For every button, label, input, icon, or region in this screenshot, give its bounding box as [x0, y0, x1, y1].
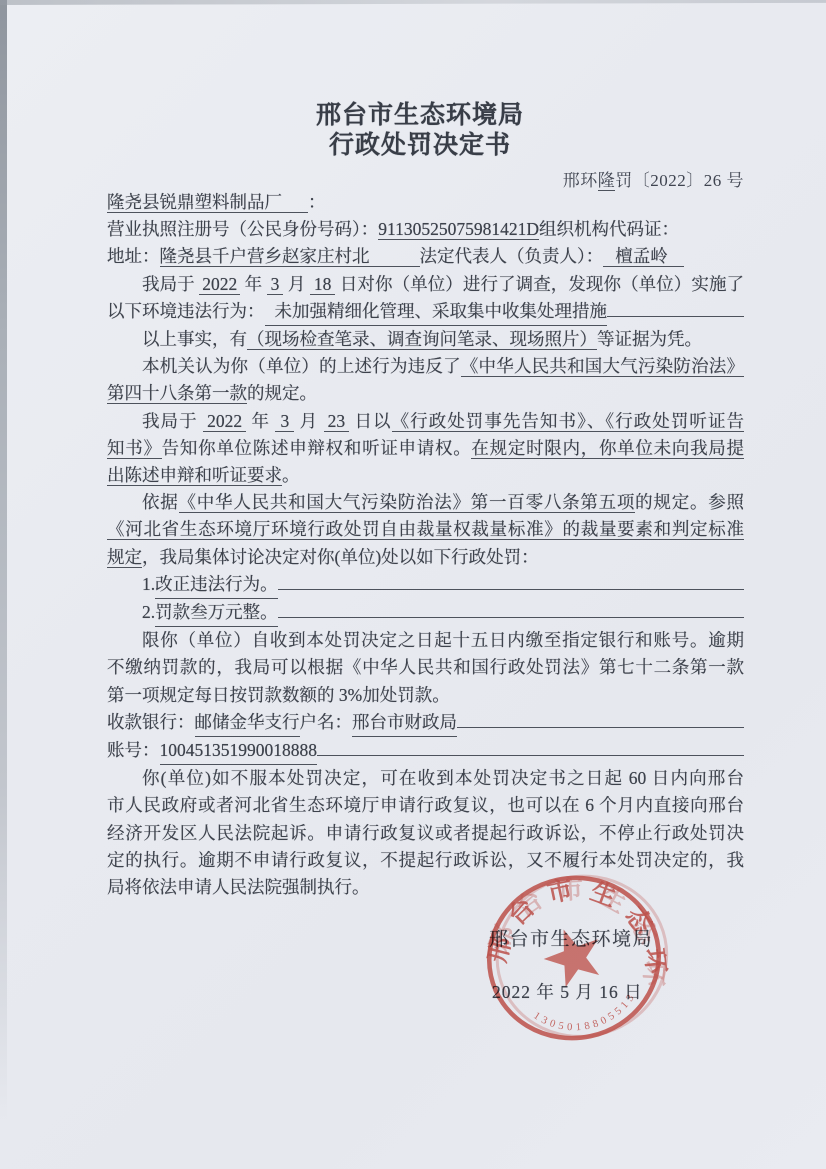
text-segment: 不缴纳罚款的，我局可以根据《中华人民共和国行政处罚法》第七十二条第一款: [107, 657, 744, 677]
doc-number-pre: 邢环: [563, 171, 598, 190]
scan-edge-left: [0, 0, 7, 1120]
underlined-text-segment: 在规定时限内，你单位未向我局提: [471, 438, 744, 459]
text-segment: 以上事实，有: [142, 329, 247, 349]
underlined-text-segment: 《中华人民共和国大气污染防治法》第一百零八条第五项: [179, 492, 636, 513]
underlined-text-segment: 檀孟岭: [603, 246, 684, 267]
text-segment: 户名：: [300, 709, 353, 736]
text-segment: 第一项规定每日按罚款数额的 3%加处罚款。: [107, 685, 450, 705]
text-segment: 法定代表人（负责人）：: [420, 246, 604, 266]
title-line-2: 行政处罚决定书: [0, 131, 826, 161]
underlined-text-segment: 2022: [199, 274, 240, 295]
document-line: 隆尧县锐鼎塑料制品厂：: [107, 189, 744, 216]
document-line: 地址：隆尧县千户营乡赵家庄村北法定代表人（负责人）：檀孟岭: [107, 243, 744, 270]
text-segment: 经济开发区人民法院起诉。申请行政复议或者提起行政诉讼，不停止行政处罚决: [107, 823, 744, 843]
document-line: 限你（单位）自收到本处罚决定之日起十五日内缴至指定银行和账号。逾期: [107, 627, 744, 654]
text-segment: 。: [282, 465, 300, 485]
document-line: 我局于 2022 年 3 月 18 日对你（单位）进行了调查，发现你（单位）实施…: [107, 271, 744, 298]
text-segment: 的规定。参照: [635, 492, 744, 512]
underlined-text-segment: 邮储金华支行: [195, 709, 300, 737]
text-segment: 我局于: [142, 274, 199, 294]
document-line: 经济开发区人民法院起诉。申请行政复议或者提起行政诉讼，不停止行政处罚决: [107, 820, 744, 847]
text-segment: 账号：: [107, 737, 160, 764]
document-line: 第一项规定每日按罚款数额的 3%加处罚款。: [107, 682, 744, 709]
underlined-text-segment: 《中华人民共和国大气污染防治法》: [461, 356, 744, 377]
text-segment: ：: [308, 192, 326, 212]
text-segment: 你(单位)如不服本处罚决定，可在收到本处罚决定书之日起 60 日内向邢台: [142, 768, 744, 788]
document-line: 以下环境违法行为：未加强精细化管理、采取集中收集处理措施: [107, 298, 744, 326]
text-segment: 等证据为凭。: [597, 329, 702, 349]
underlined-text-segment: 未加强精细化管理、采取集中收集处理措施: [265, 298, 608, 326]
underlined-text-segment: 《河北省生态环境厅环境行政处罚自由裁量权裁量标准》的裁量要素和判定标准: [107, 519, 744, 540]
underlined-text-segment: 第四十八条第一款: [107, 383, 247, 404]
text-segment: 收款银行：: [107, 709, 195, 736]
document-line: 2.罚款叁万元整。: [107, 599, 744, 627]
underlined-text-segment: 100451351990018888: [160, 737, 318, 765]
document-paper: 邢台市生态环境局 行政处罚决定书 邢环隆罚〔2022〕26 号 隆尧县锐鼎塑料制…: [0, 0, 826, 1169]
underlined-text-segment: 《行政处罚事先告知书》、《行政处罚听证告: [392, 411, 744, 432]
document-line: 出陈述申辩和听证要求。: [107, 462, 744, 489]
document-line: 账号：100451351990018888: [107, 737, 744, 765]
underlined-text-segment: （现场检查笔录、调查询问笔录、现场照片）: [247, 329, 597, 350]
underlined-text-segment: 91130525075981421D: [378, 219, 539, 240]
text-segment: 我局于: [142, 411, 203, 431]
text-segment: 本机关认为你（单位）的上述行为违反了: [142, 356, 461, 376]
blank-underline: [278, 617, 744, 618]
document-line: 收款银行：邮储金华支行户名：邢台市财政局: [107, 709, 744, 737]
text-segment: 营业执照注册号（公民身份号码）：: [107, 219, 378, 239]
text-segment: 限你（单位）自收到本处罚决定之日起十五日内缴至指定银行和账号。逾期: [142, 630, 744, 650]
document-number: 邢环隆罚〔2022〕26 号: [563, 166, 744, 191]
text-segment: 年: [246, 411, 275, 431]
underlined-text-segment: 知书》: [107, 438, 162, 459]
document-line: 市人民政府或者河北省生态环境厅申请行政复议，也可以在 6 个月内直接向邢台: [107, 792, 744, 819]
document-line: 本机关认为你（单位）的上述行为违反了《中华人民共和国大气污染防治法》: [107, 353, 744, 380]
document-line: 第四十八条第一款的规定。: [107, 380, 744, 407]
document-line: 你(单位)如不服本处罚决定，可在收到本处罚决定书之日起 60 日内向邢台: [107, 765, 744, 792]
blank-underline: [278, 589, 744, 590]
seal-star-icon: [537, 920, 610, 991]
document-line: 以上事实，有（现场检查笔录、调查询问笔录、现场照片）等证据为凭。: [107, 326, 744, 353]
underlined-text-segment: 3: [267, 274, 284, 295]
text-segment: 1.: [142, 571, 155, 598]
blank-underline: [457, 727, 744, 728]
text-segment: 的规定。: [247, 383, 317, 403]
underlined-text-segment: 2022: [203, 411, 246, 432]
underlined-text-segment: 出陈述申辩和听证要求: [107, 465, 282, 486]
text-segment: 市人民政府或者河北省生态环境厅申请行政复议，也可以在 6 个月内直接向邢台: [107, 795, 744, 815]
title-line-1: 邢台市生态环境局: [0, 101, 826, 131]
underlined-text-segment: 隆尧县锐鼎塑料制品厂: [107, 192, 308, 213]
official-seal: 邢台市生态环境局 邢台市生态环境局 1305018805513: [476, 869, 672, 1047]
underlined-text-segment: 改正违法行为。: [155, 571, 278, 599]
text-segment: 日对你（单位）进行了调查，发现你（单位）实施了: [335, 274, 744, 294]
document-line: 知书》告知你单位陈述申辩权和听证申请权。在规定时限内，你单位未向我局提: [107, 435, 744, 462]
underlined-text-segment: 23: [324, 411, 350, 432]
underlined-text-segment: 规定: [107, 547, 142, 568]
text-segment: 地址：: [107, 246, 160, 266]
text-segment: 告知你单位陈述申辩权和听证申请权。: [162, 438, 472, 458]
text-segment: ，我局集体讨论决定对你(单位)处以如下行政处罚：: [142, 547, 539, 567]
document-line: 不缴纳罚款的，我局可以根据《中华人民共和国行政处罚法》第七十二条第一款: [107, 654, 744, 681]
document-line: 依据《中华人民共和国大气污染防治法》第一百零八条第五项的规定。参照: [107, 489, 744, 516]
document-line: 营业执照注册号（公民身份号码）：91130525075981421D组织机构代码…: [107, 216, 744, 243]
text-segment: 依据: [142, 492, 179, 512]
document-line: 我局于 2022 年 3 月 23 日以《行政处罚事先告知书》、《行政处罚听证告: [107, 408, 744, 435]
text-segment: 月: [283, 274, 309, 294]
document-line: 规定，我局集体讨论决定对你(单位)处以如下行政处罚：: [107, 544, 744, 571]
blank-underline: [607, 316, 744, 317]
doc-number-post: 罚〔2022〕26 号: [615, 171, 744, 190]
text-segment: 年: [240, 274, 266, 294]
text-segment: 2.: [142, 599, 155, 626]
document-body: 隆尧县锐鼎塑料制品厂：营业执照注册号（公民身份号码）：9113052507598…: [107, 189, 744, 901]
underlined-text-segment: 隆尧县千户营乡赵家庄村北: [160, 246, 420, 267]
underlined-text-segment: 18: [310, 274, 336, 295]
underlined-text-segment: 罚款叁万元整。: [155, 599, 278, 627]
underlined-text-segment: 3: [275, 411, 294, 432]
scan-edge-top: [0, 0, 826, 5]
blank-underline: [317, 755, 744, 756]
document-title: 邢台市生态环境局 行政处罚决定书: [0, 101, 826, 161]
underlined-text-segment: 邢台市财政局: [352, 709, 457, 737]
text-segment: 月: [294, 411, 323, 431]
document-line: 1.改正违法行为。: [107, 571, 744, 599]
doc-number-underlined: 隆: [598, 171, 616, 191]
document-line: 《河北省生态环境厅环境行政处罚自由裁量权裁量标准》的裁量要素和判定标准: [107, 516, 744, 543]
text-segment: 局将依法申请人民法院强制执行。: [107, 877, 370, 897]
text-segment: 定的执行。逾期不申请行政复议，不提起行政诉讼，又不履行本处罚决定的，我: [107, 850, 744, 870]
text-segment: 日以: [349, 411, 392, 431]
text-segment: 以下环境违法行为：: [107, 298, 265, 325]
text-segment: 组织机构代码证：: [539, 219, 679, 239]
